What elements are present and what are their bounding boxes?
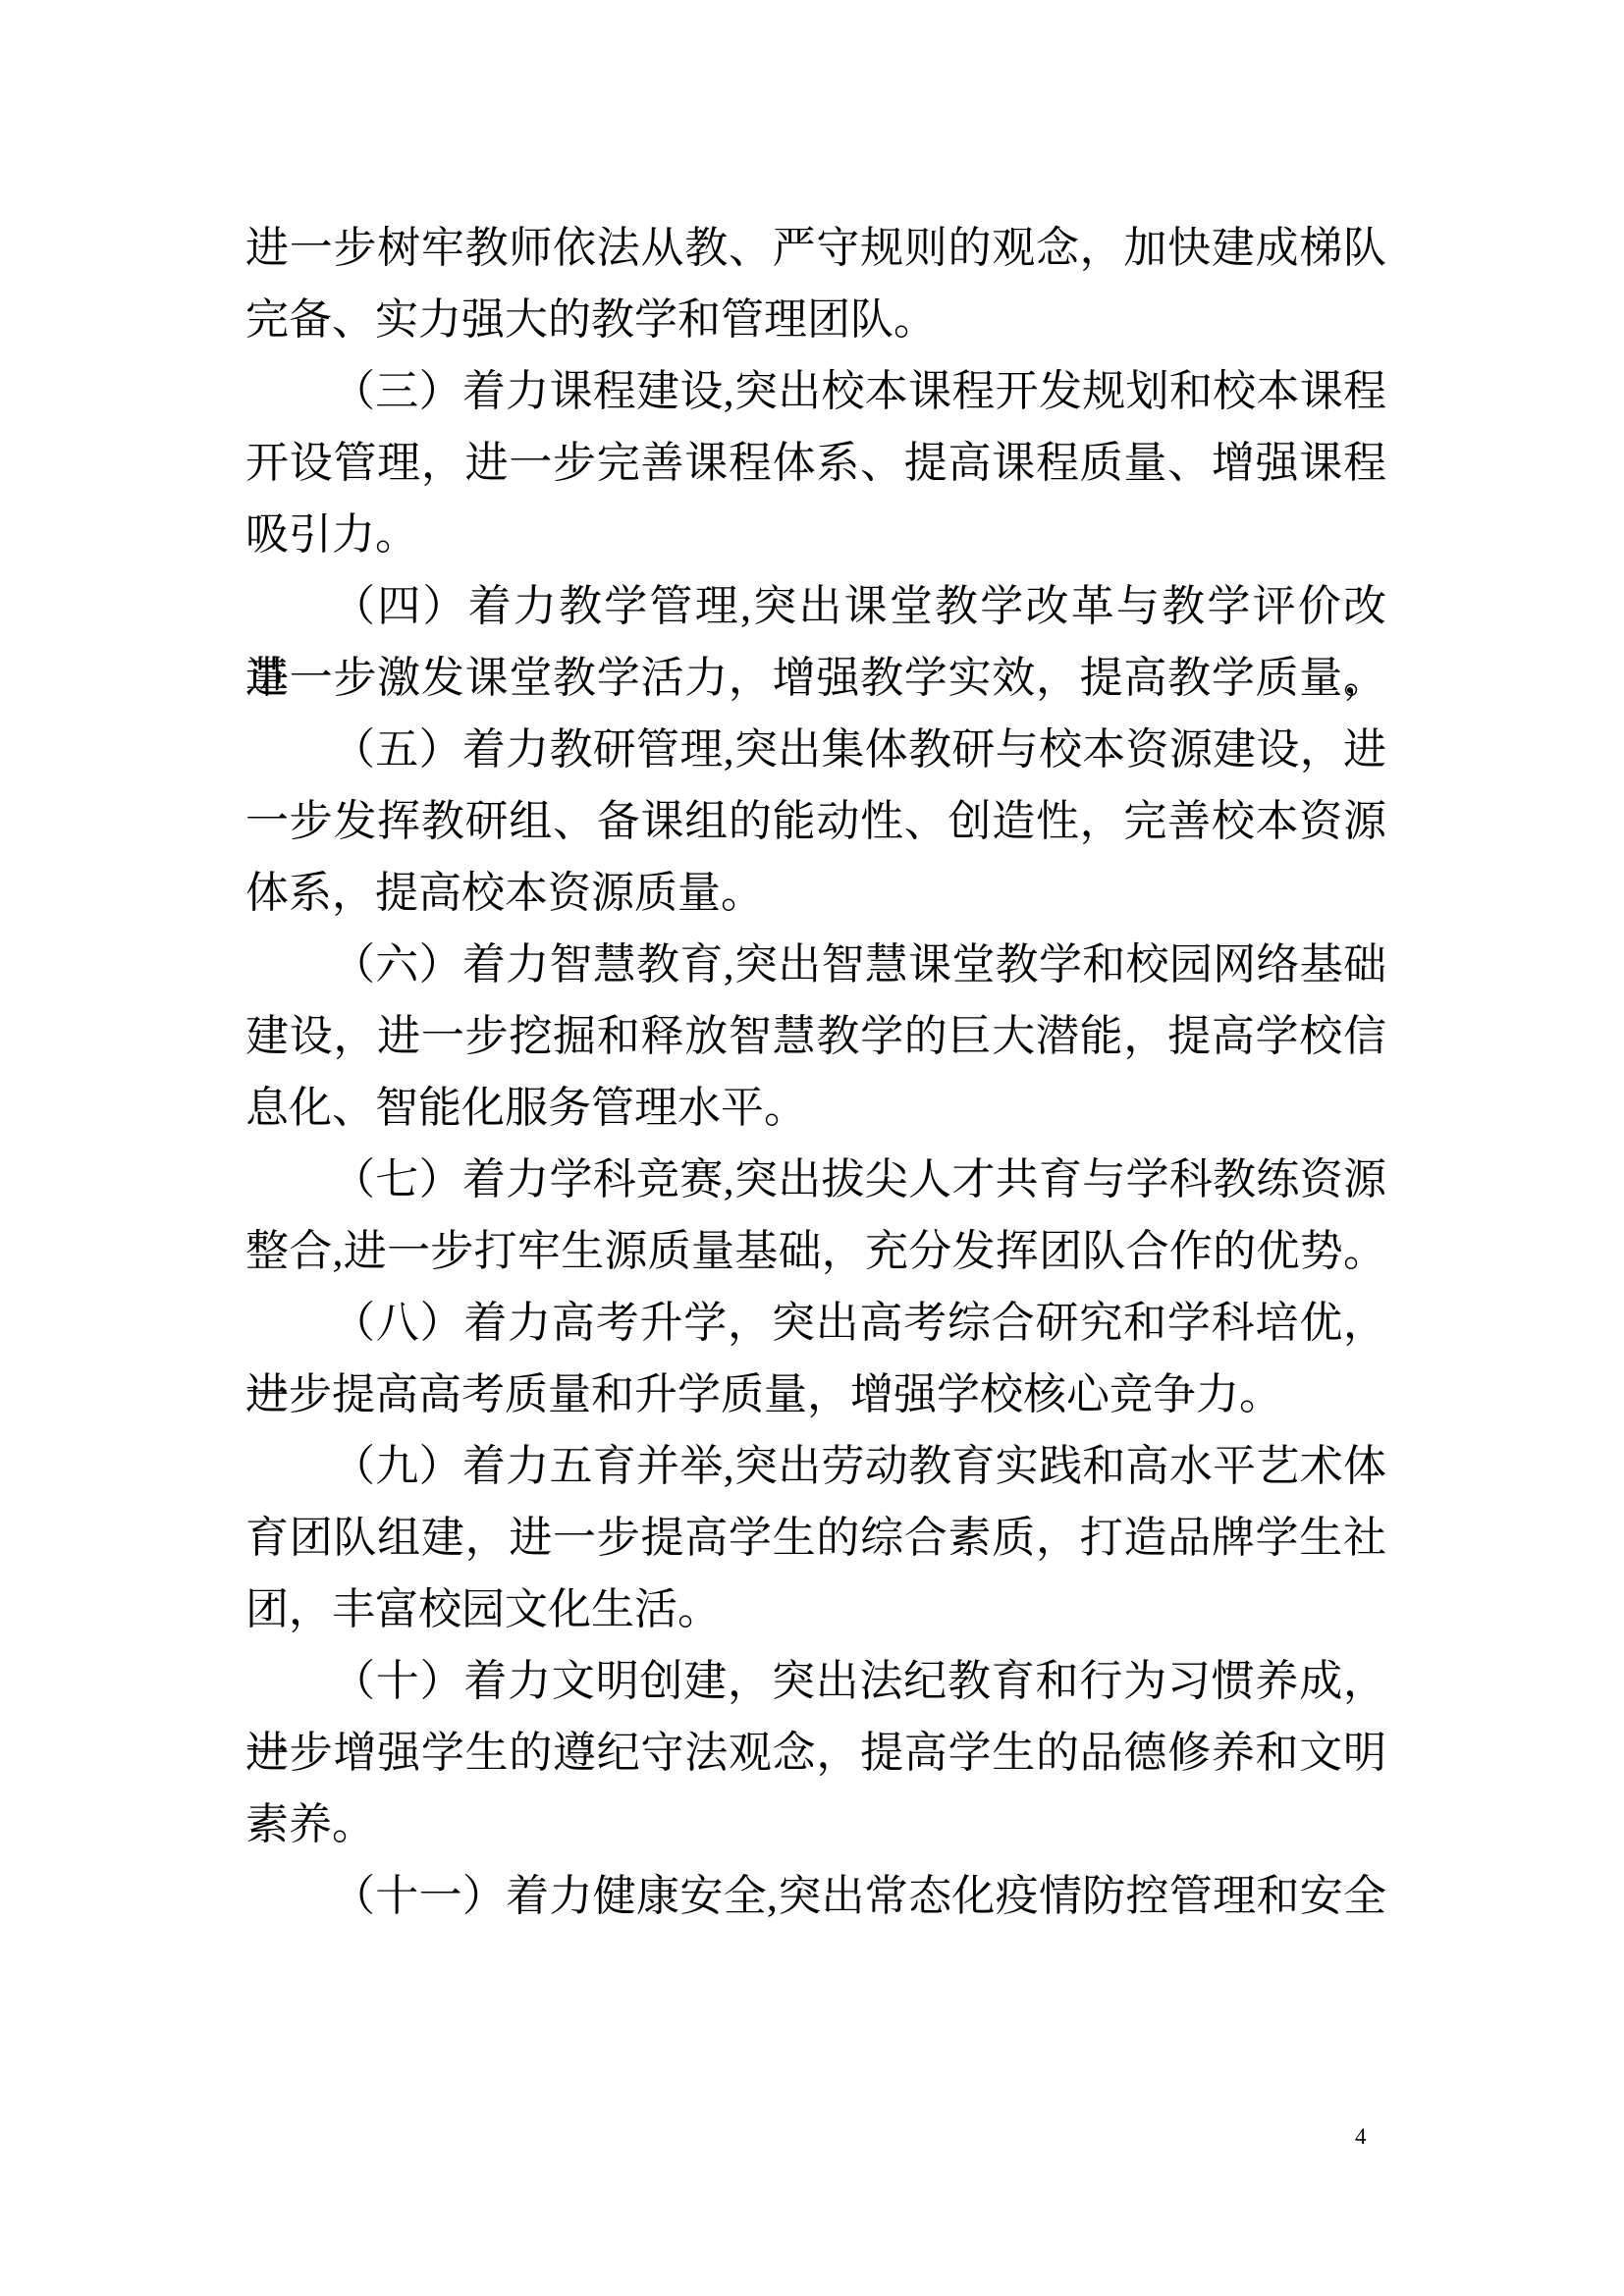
text-line: 吸引力。 xyxy=(245,499,1386,570)
text-line: （六）着力智慧教育,突出智慧课堂教学和校园网络基础 xyxy=(245,929,1386,1000)
text-line: （十）着力文明创建，突出法纪教育和行为习惯养成，进 xyxy=(245,1645,1386,1717)
page-number: 4 xyxy=(1355,2122,1367,2152)
text-line: （三）着力课程建设,突出校本课程开发规划和校本课程 xyxy=(245,355,1386,427)
text-line: （八）着力高考升学，突出高考综合研究和学科培优，进 xyxy=(245,1287,1386,1359)
text-line: 息化、智能化服务管理水平。 xyxy=(245,1072,1386,1144)
text-line: 一步发挥教研组、备课组的能动性、创造性，完善校本资源 xyxy=(245,785,1386,857)
text-line: （十一）着力健康安全,突出常态化疫情防控管理和安全 xyxy=(245,1860,1386,1932)
text-line: 一步提高高考质量和升学质量，增强学校核心竞争力。 xyxy=(245,1359,1386,1430)
document-page: 进一步树牢教师依法从教、严守规则的观念，加快建成梯队完备、实力强大的教学和管理团… xyxy=(0,0,1624,2296)
text-line: 体系，提高校本资源质量。 xyxy=(245,857,1386,929)
text-line: 建设，进一步挖掘和释放智慧教学的巨大潜能，提高学校信 xyxy=(245,1000,1386,1072)
text-line: （七）着力学科竞赛,突出拔尖人才共育与学科教练资源 xyxy=(245,1144,1386,1215)
text-line: 团，丰富校园文化生活。 xyxy=(245,1574,1386,1645)
text-line: （九）着力五育并举,突出劳动教育实践和高水平艺术体 xyxy=(245,1430,1386,1502)
document-body: 进一步树牢教师依法从教、严守规则的观念，加快建成梯队完备、实力强大的教学和管理团… xyxy=(245,212,1386,1932)
text-line: 素养。 xyxy=(245,1789,1386,1860)
text-line: （五）着力教研管理,突出集体教研与校本资源建设，进 xyxy=(245,714,1386,785)
text-line: 进一步激发课堂教学活力，增强教学实效，提高教学质量。 xyxy=(245,642,1386,714)
text-line: 育团队组建，进一步提高学生的综合素质，打造品牌学生社 xyxy=(245,1502,1386,1574)
text-line: 完备、实力强大的教学和管理团队。 xyxy=(245,284,1386,355)
text-line: 进一步树牢教师依法从教、严守规则的观念，加快建成梯队 xyxy=(245,212,1386,284)
text-line: （四）着力教学管理,突出课堂教学改革与教学评价改革， xyxy=(245,570,1386,642)
text-line: 整合,进一步打牢生源质量基础，充分发挥团队合作的优势。 xyxy=(245,1215,1386,1287)
text-line: 一步增强学生的遵纪守法观念，提高学生的品德修养和文明 xyxy=(245,1717,1386,1789)
text-line: 开设管理，进一步完善课程体系、提高课程质量、增强课程 xyxy=(245,427,1386,499)
